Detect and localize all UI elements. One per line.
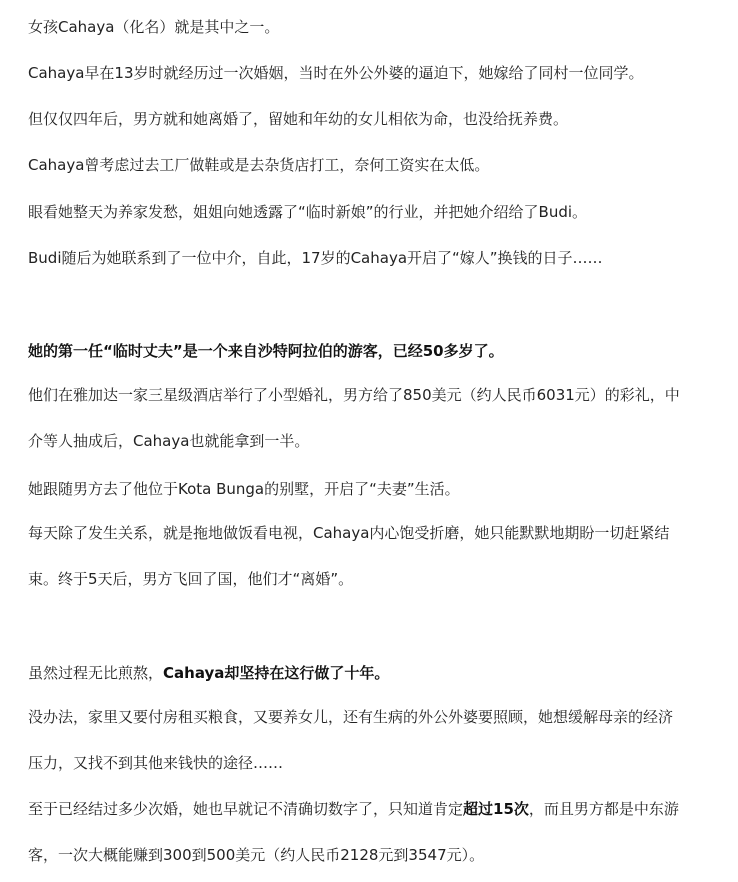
paragraph-line: 每天除了发生关系，就是拖地做饭看电视，Cahaya内心饱受折磨，她只能默默地期盼… bbox=[28, 510, 718, 556]
paragraph-first-husband: 她的第一任“临时丈夫”是一个来自沙特阿拉伯的游客，已经50多岁了。 bbox=[28, 333, 718, 370]
paragraph-budi: Budi随后为她联系到了一位中介，自此，17岁的Cahaya开启了“嫁人”换钱的… bbox=[28, 240, 718, 277]
paragraph-line: 他们在雅加达一家三星级酒店举行了小型婚礼，男方给了850美元（约人民币6031元… bbox=[28, 372, 718, 418]
paragraph-text: 虽然过程无比煎熬， bbox=[28, 664, 163, 682]
paragraph-divorce: 但仅仅四年后，男方就和她离婚了，留她和年幼的女儿相依为命，也没给抚养费。 bbox=[28, 101, 718, 138]
paragraph-ten-years: 虽然过程无比煎熬，Cahaya却坚持在这行做了十年。 bbox=[28, 655, 718, 692]
paragraph-text: ，而且男方都是中东游 bbox=[529, 800, 679, 818]
paragraph-text: 眼看她整天为养家发愁，姐姐向她透露了“临时新娘”的行业，并把她介绍给了Budi。 bbox=[28, 203, 587, 221]
paragraph-wedding: 他们在雅加达一家三星级酒店举行了小型婚礼，男方给了850美元（约人民币6031元… bbox=[28, 372, 718, 464]
paragraph-sister: 眼看她整天为养家发愁，姐姐向她透露了“临时新娘”的行业，并把她介绍给了Budi。 bbox=[28, 194, 718, 231]
paragraph-work-options: Cahaya曾考虑过去工厂做鞋或是去杂货店打工，奈何工资实在太低。 bbox=[28, 147, 718, 184]
paragraph-marriage-count: 至于已经结过多少次婚，她也早就记不清确切数字了，只知道肯定超过15次，而且男方都… bbox=[28, 786, 718, 878]
paragraph-text: Budi随后为她联系到了一位中介，自此，17岁的Cahaya开启了“嫁人”换钱的… bbox=[28, 249, 603, 267]
paragraph-daily-life: 每天除了发生关系，就是拖地做饭看电视，Cahaya内心饱受折磨，她只能默默地期盼… bbox=[28, 510, 718, 602]
paragraph-text: 至于已经结过多少次婚，她也早就记不清确切数字了，只知道肯定 bbox=[28, 800, 463, 818]
paragraph-text: Cahaya曾考虑过去工厂做鞋或是去杂货店打工，奈何工资实在太低。 bbox=[28, 156, 489, 174]
paragraph-text: 女孩Cahaya（化名）就是其中之一。 bbox=[28, 18, 279, 36]
bold-highlight: 她的第一任“临时丈夫”是一个来自沙特阿拉伯的游客，已经50多岁了。 bbox=[28, 342, 504, 360]
paragraph-text: Cahaya早在13岁时就经历过一次婚姻，当时在外公外婆的逼迫下，她嫁给了同村一… bbox=[28, 64, 644, 82]
bold-highlight: Cahaya却坚持在这行做了十年。 bbox=[163, 664, 389, 682]
paragraph-line: 介等人抽成后，Cahaya也就能拿到一半。 bbox=[28, 418, 718, 464]
paragraph-line: 压力，又找不到其他来钱快的途径…… bbox=[28, 740, 718, 786]
paragraph-line: 没办法，家里又要付房租买粮食，又要养女儿，还有生病的外公外婆要照顾，她想缓解母亲… bbox=[28, 694, 718, 740]
paragraph-text: 但仅仅四年后，男方就和她离婚了，留她和年幼的女儿相依为命，也没给抚养费。 bbox=[28, 110, 568, 128]
paragraph-no-choice: 没办法，家里又要付房租买粮食，又要养女儿，还有生病的外公外婆要照顾，她想缓解母亲… bbox=[28, 694, 718, 786]
bold-highlight: 超过15次 bbox=[463, 800, 529, 818]
paragraph-line: 束。终于5天后，男方飞回了国，他们才“离婚”。 bbox=[28, 556, 718, 602]
paragraph-villa: 她跟随男方去了他位于Kota Bunga的别墅，开启了“夫妻”生活。 bbox=[28, 471, 718, 508]
paragraph-line: 至于已经结过多少次婚，她也早就记不清确切数字了，只知道肯定超过15次，而且男方都… bbox=[28, 786, 718, 832]
paragraph-early-marriage: Cahaya早在13岁时就经历过一次婚姻，当时在外公外婆的逼迫下，她嫁给了同村一… bbox=[28, 55, 718, 92]
paragraph-text: 她跟随男方去了他位于Kota Bunga的别墅，开启了“夫妻”生活。 bbox=[28, 480, 460, 498]
paragraph-intro: 女孩Cahaya（化名）就是其中之一。 bbox=[28, 9, 718, 46]
paragraph-line: 客，一次大概能赚到300到500美元（约人民币2128元到3547元）。 bbox=[28, 832, 718, 878]
